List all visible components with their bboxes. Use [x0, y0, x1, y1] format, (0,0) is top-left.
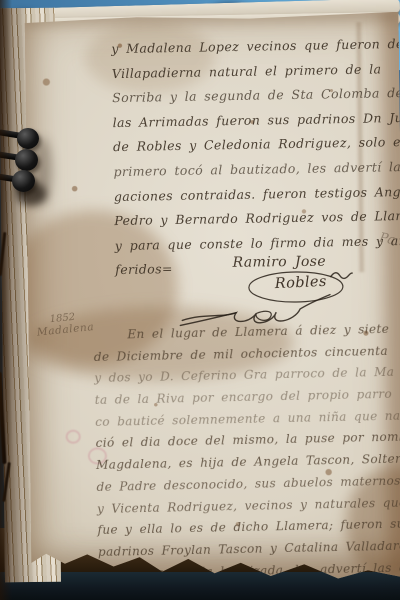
spine-shadow	[0, 0, 12, 600]
signature-surname: Robles	[274, 274, 327, 292]
manuscript-page: y Madalena Lopez vecinos que fueron de V…	[25, 12, 400, 583]
binding-clip-knob	[17, 128, 39, 149]
handwritten-line: primero tocó al bautizado, les advertí l…	[113, 158, 400, 188]
baptism-entry-2: En el lugar de Llamera á diez y siete de…	[93, 321, 400, 583]
adjacent-page-text: Pa	[378, 230, 397, 248]
baptism-entry-1: y Madalena Lopez vecinos que fueron de V…	[111, 35, 400, 287]
pink-spot	[66, 430, 81, 444]
binding-clip-knob	[15, 149, 38, 171]
binding-clip-knob	[12, 170, 35, 192]
handwritten-line: Sorriba y la segunda de Sta Colomba de	[112, 85, 400, 115]
signature-flourish	[178, 266, 354, 326]
photograph-of-manuscript: y Madalena Lopez vecinos que fueron de V…	[0, 0, 400, 600]
